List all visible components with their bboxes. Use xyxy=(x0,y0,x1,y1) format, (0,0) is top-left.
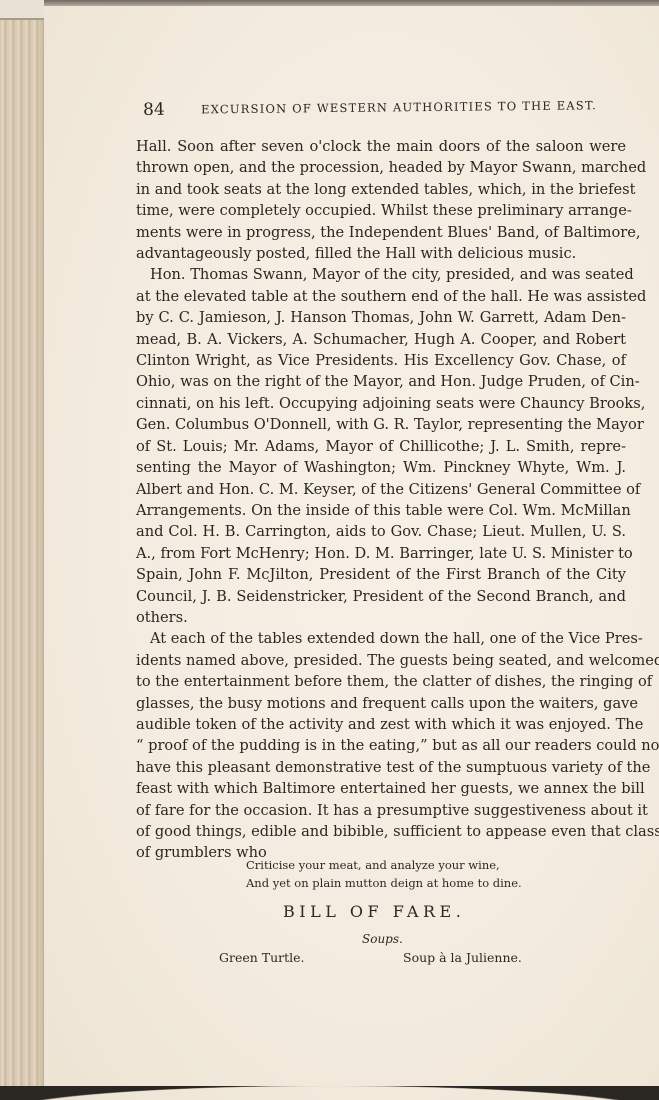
text-line: advantageously posted, filled the Hall w… xyxy=(136,243,626,264)
text-line: at the elevated table at the southern en… xyxy=(136,286,626,307)
menu-item: Soup à la Julienne. xyxy=(403,950,522,965)
text-line: time, were completely occupied. Whilst t… xyxy=(136,200,626,221)
bill-of-fare-title: BILL OF FARE. xyxy=(283,902,465,921)
paragraph-2: Hon. Thomas Swann, Mayor of the city, pr… xyxy=(136,264,626,628)
text-line: A., from Fort McHenry; Hon. D. M. Barrin… xyxy=(136,543,626,564)
text-line: of fare for the occasion. It has a presu… xyxy=(136,800,626,821)
text-line: Arrangements. On the inside of this tabl… xyxy=(136,500,626,521)
menu-item: Green Turtle. xyxy=(219,950,305,965)
text-line: by C. C. Jamieson, J. Hanson Thomas, Joh… xyxy=(136,307,626,328)
text-line: of St. Louis; Mr. Adams, Mayor of Chilli… xyxy=(136,436,626,457)
verse-line: And yet on plain mutton deign at home to… xyxy=(246,874,522,892)
text-line: feast with which Baltimore entertained h… xyxy=(136,778,626,799)
text-line: “ proof of the pudding is in the eating,… xyxy=(136,735,626,756)
text-line: and Col. H. B. Carrington, aids to Gov. … xyxy=(136,521,626,542)
text-line: At each of the tables extended down the … xyxy=(136,628,626,649)
verse-line: Criticise your meat, and analyze your wi… xyxy=(246,856,522,874)
text-line: Ohio, was on the right of the Mayor, and… xyxy=(136,371,626,392)
text-line: audible token of the activity and zest w… xyxy=(136,714,626,735)
text-line: Hon. Thomas Swann, Mayor of the city, pr… xyxy=(136,264,626,285)
text-line: Gen. Columbus O'Donnell, with G. R. Tayl… xyxy=(136,414,626,435)
text-line: idents named above, presided. The guests… xyxy=(136,650,626,671)
paragraph-1: Hall. Soon after seven o'clock the main … xyxy=(136,136,626,264)
text-line: others. xyxy=(136,607,626,628)
book-page-edges xyxy=(0,0,44,1100)
verse-quote: Criticise your meat, and analyze your wi… xyxy=(246,856,522,892)
text-line: of good things, edible and bibible, suff… xyxy=(136,821,626,842)
text-line: glasses, the busy motions and frequent c… xyxy=(136,693,626,714)
text-line: to the entertainment before them, the cl… xyxy=(136,671,626,692)
paragraph-3: At each of the tables extended down the … xyxy=(136,628,626,863)
text-line: in and took seats at the long extended t… xyxy=(136,179,626,200)
page-number: 84 xyxy=(143,100,165,120)
text-line: ments were in progress, the Independent … xyxy=(136,222,626,243)
text-line: senting the Mayor of Washington; Wm. Pin… xyxy=(136,457,626,478)
menu-section-soups: Soups. xyxy=(362,932,403,946)
text-line: Council, J. B. Seidenstricker, President… xyxy=(136,586,626,607)
text-line: thrown open, and the procession, headed … xyxy=(136,157,626,178)
text-line: Albert and Hon. C. M. Keyser, of the Cit… xyxy=(136,479,626,500)
text-line: have this pleasant demonstrative test of… xyxy=(136,757,626,778)
text-line: mead, B. A. Vickers, A. Schumacher, Hugh… xyxy=(136,329,626,350)
text-line: Hall. Soon after seven o'clock the main … xyxy=(136,136,626,157)
body-text: Hall. Soon after seven o'clock the main … xyxy=(136,136,626,864)
text-line: Spain, John F. McJilton, President of th… xyxy=(136,564,626,585)
text-line: Clinton Wright, as Vice Presidents. His … xyxy=(136,350,626,371)
text-line: cinnati, on his left. Occupying adjoinin… xyxy=(136,393,626,414)
